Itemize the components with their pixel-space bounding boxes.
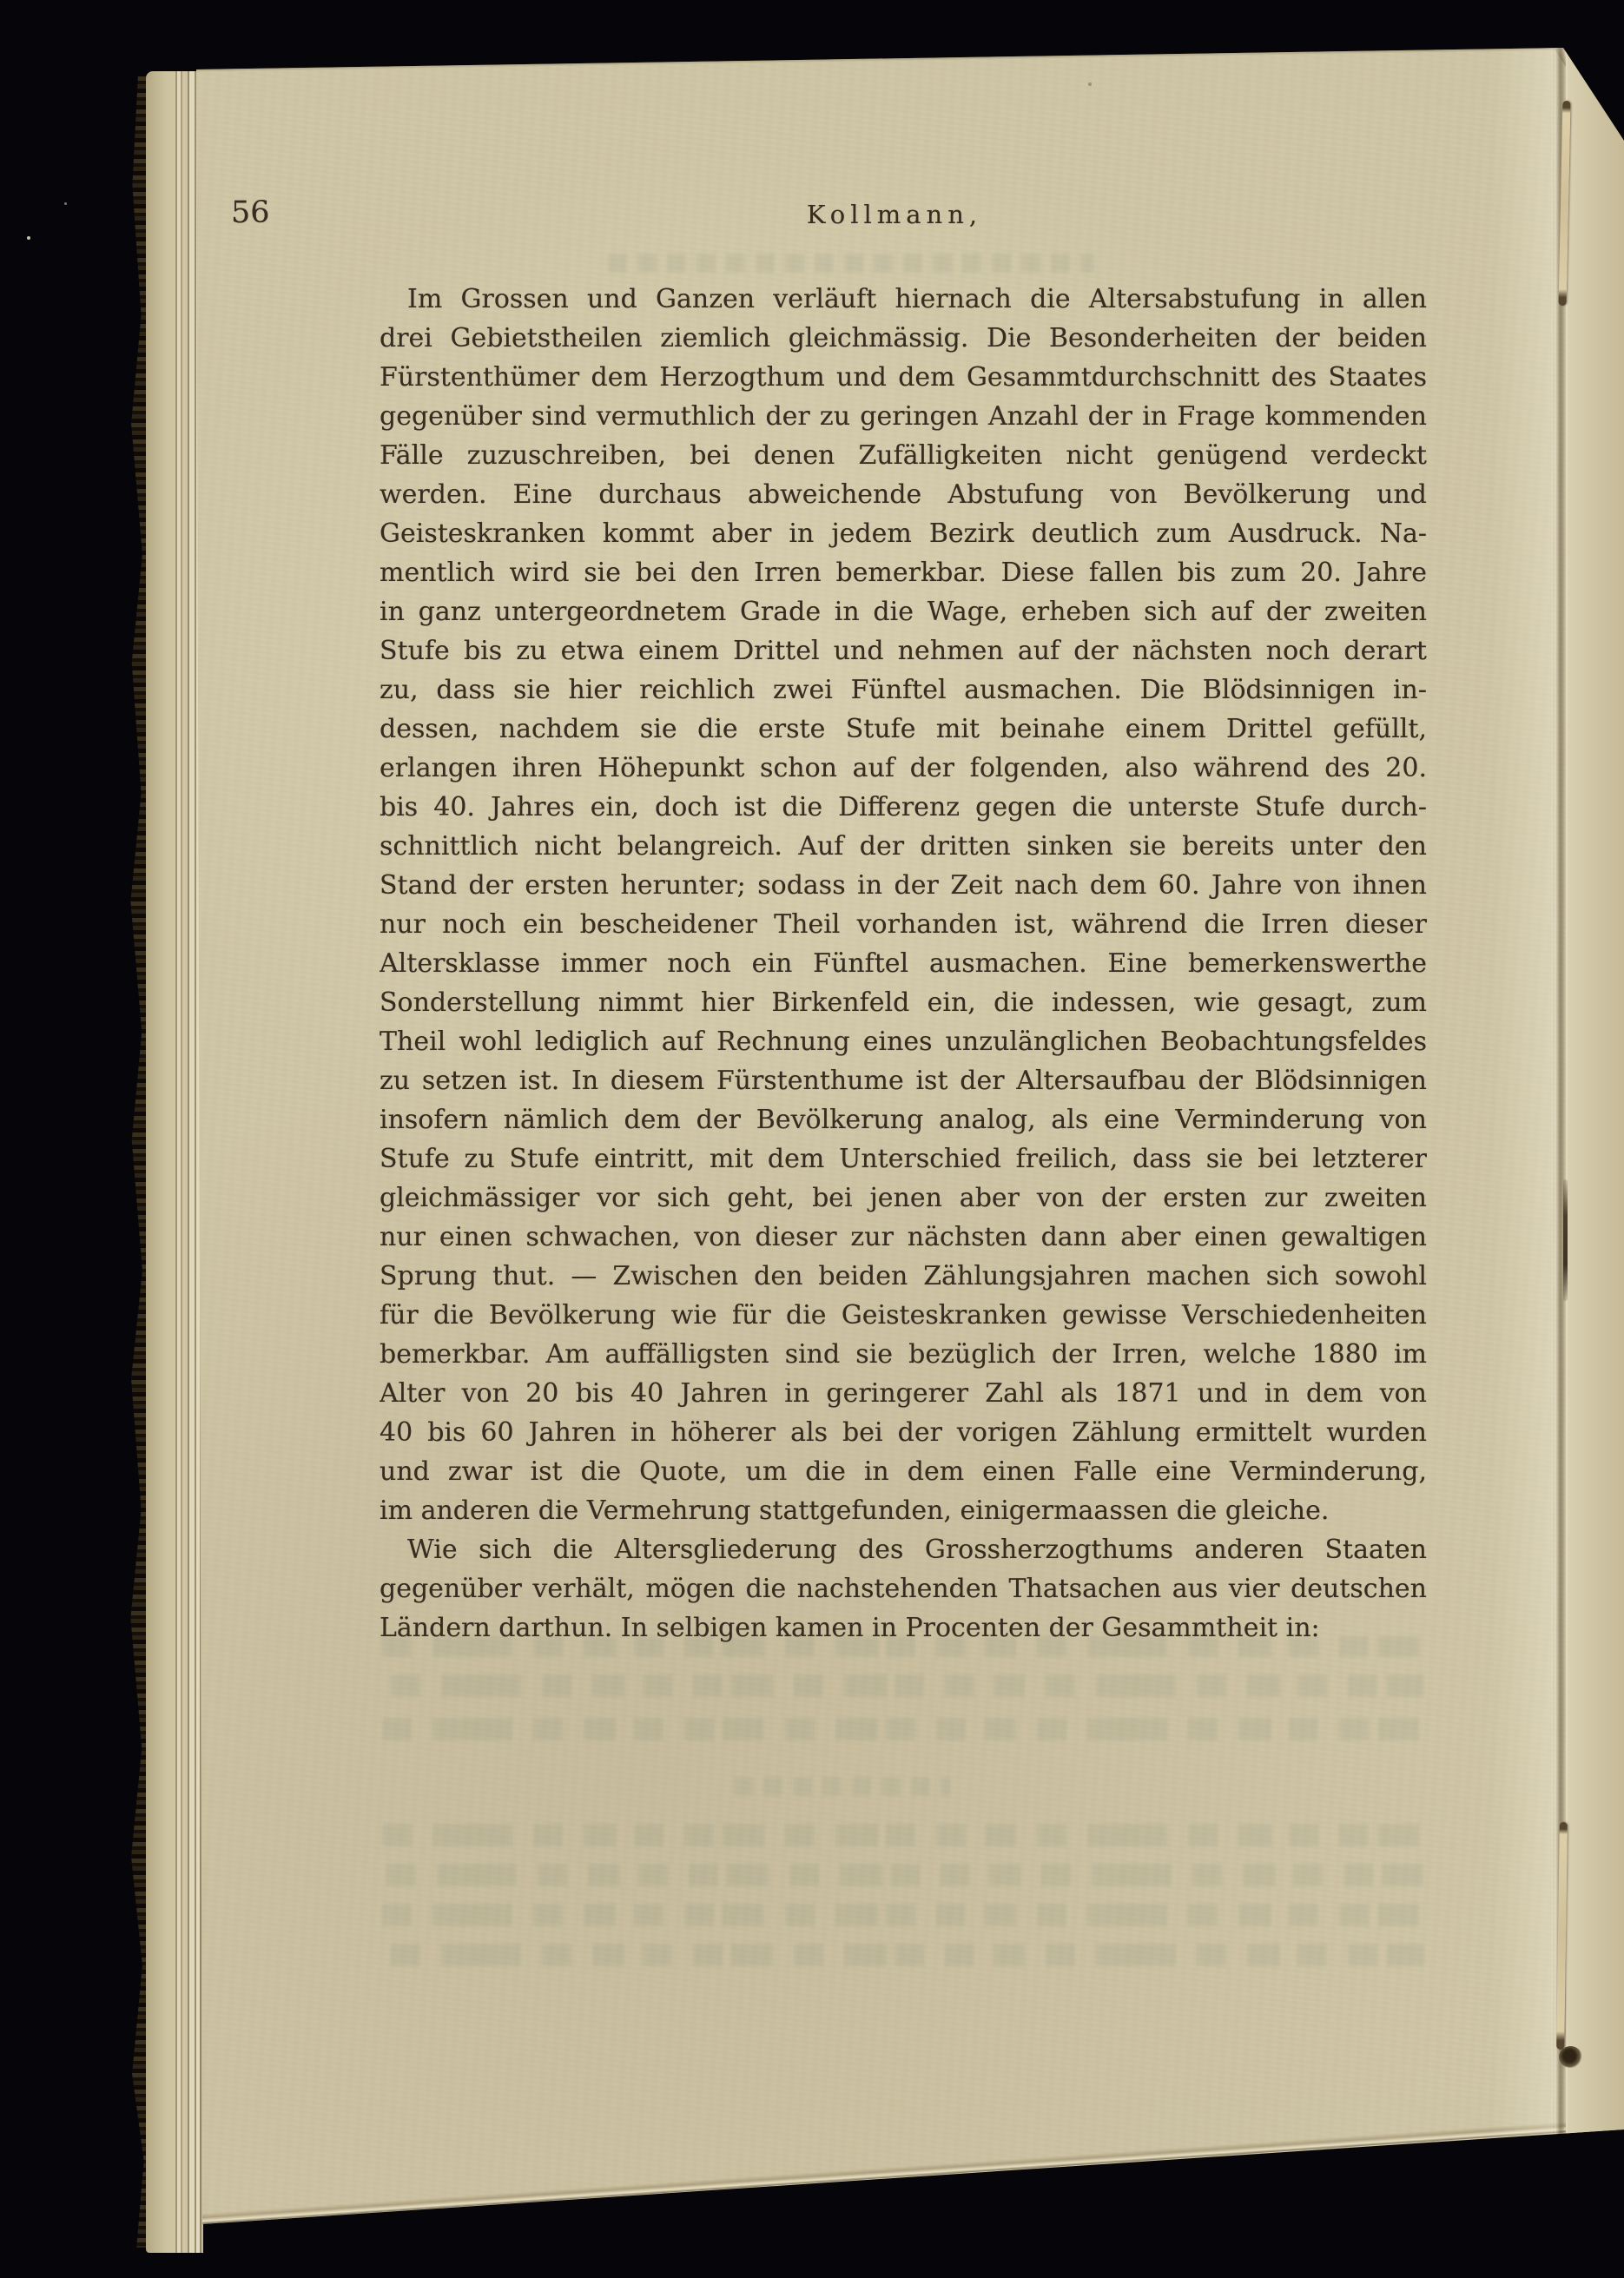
scanned-book-photo: 56 Kollmann, Im Grossen und Ganzen verlä… [0, 0, 1624, 2278]
text-line: und zwar ist die Quote, um die in dem ei… [380, 1452, 1427, 1491]
text-line: gegenüber sind vermuthlich der zu gering… [380, 397, 1427, 436]
running-header: Kollmann, [373, 198, 1416, 231]
text-line: insofern nämlich dem der Bevölkerung ana… [380, 1100, 1427, 1139]
text-line: Im Grossen und Ganzen verläuft hiernach … [380, 280, 1427, 319]
dust-speck [64, 202, 67, 205]
adjacent-leaf [1566, 0, 1624, 2278]
text-line: Theil wohl lediglich auf Rechnung eines … [380, 1022, 1427, 1061]
text-line: bis 40. Jahres ein, doch ist die Differe… [380, 788, 1427, 827]
show-through-smudge [382, 1718, 1424, 1740]
gutter-highlight [1492, 0, 1553, 2278]
text-line: mentlich wird sie bei den Irren bemerkba… [380, 553, 1427, 592]
book-page: 56 Kollmann, Im Grossen und Ganzen verlä… [0, 0, 1624, 2278]
text-line: werden. Eine durchaus abweichende Abstuf… [380, 475, 1427, 514]
dust-speck [27, 236, 30, 240]
text-line: gleichmässiger vor sich geht, bei jenen … [380, 1179, 1427, 1218]
show-through-smudge [382, 1824, 1424, 1846]
text-line: nur noch ein bescheidener Theil vorhande… [380, 905, 1427, 944]
paper-speck [1088, 83, 1092, 86]
text-line: nur einen schwachen, von dieser zur näch… [380, 1218, 1427, 1257]
text-line: Alter von 20 bis 40 Jahren in geringerer… [380, 1374, 1427, 1413]
text-line: dessen, nachdem sie die erste Stufe mit … [380, 710, 1427, 749]
binding-thread-knot [1559, 2046, 1582, 2068]
text-line: Fälle zuzuschreiben, bei denen Zufälligk… [380, 436, 1427, 475]
show-through-smudge [734, 1777, 951, 1796]
show-through-smudge [386, 1864, 1424, 1886]
binding-stitch-middle [1563, 1179, 1568, 1301]
page-top-edge [191, 43, 1576, 72]
text-line: Stufe zu Stufe eintritt, mit dem Untersc… [380, 1139, 1427, 1179]
text-line: in ganz untergeordnetem Grade in die Wag… [380, 592, 1427, 631]
body-text: Im Grossen und Ganzen verläuft hiernach … [380, 280, 1427, 1647]
text-line: drei Gebietstheilen ziemlich gleichmässi… [380, 319, 1427, 358]
text-line: Geisteskranken kommt aber in jedem Bezir… [380, 514, 1427, 553]
text-line: zu, dass sie hier reichlich zwei Fünftel… [380, 670, 1427, 710]
text-line: bemerkbar. Am auffälligsten sind sie bez… [380, 1335, 1427, 1374]
text-line: Wie sich die Altersgliederung des Grossh… [380, 1530, 1427, 1569]
page-bottom-edge [198, 2117, 1624, 2224]
text-line: zu setzen ist. In diesem Fürstenthume is… [380, 1061, 1427, 1100]
show-through-smudge [608, 254, 1094, 273]
text-line: im anderen die Vermehrung stattgefunden,… [380, 1491, 1427, 1530]
page-stack-edges [146, 71, 203, 2253]
text-line: erlangen ihren Höhepunkt schon auf der f… [380, 749, 1427, 788]
text-line: 40 bis 60 Jahren in höherer als bei der … [380, 1413, 1427, 1452]
text-line: Fürstenthümer dem Herzogthum und dem Ges… [380, 358, 1427, 397]
show-through-smudge [391, 1674, 1424, 1697]
show-through-smudge [382, 1904, 1424, 1926]
page-number: 56 [231, 195, 270, 231]
text-line: für die Bevölkerung wie für die Geistesk… [380, 1296, 1427, 1335]
text-line: Stufe bis zu etwa einem Drittel und nehm… [380, 631, 1427, 670]
text-line: gegenüber verhält, mögen die nachstehend… [380, 1569, 1427, 1608]
show-through-smudge [391, 1944, 1424, 1966]
text-line: schnittlich nicht belangreich. Auf der d… [380, 827, 1427, 866]
text-line: Stand der ersten herunter; sodass in der… [380, 866, 1427, 905]
text-line: Sonderstellung nimmt hier Birkenfeld ein… [380, 983, 1427, 1022]
text-line: Ländern darthun. In selbigen kamen in Pr… [380, 1608, 1427, 1647]
text-line: Sprung thut. — Zwischen den beiden Zählu… [380, 1257, 1427, 1296]
text-line: Altersklasse immer noch ein Fünftel ausm… [380, 944, 1427, 983]
